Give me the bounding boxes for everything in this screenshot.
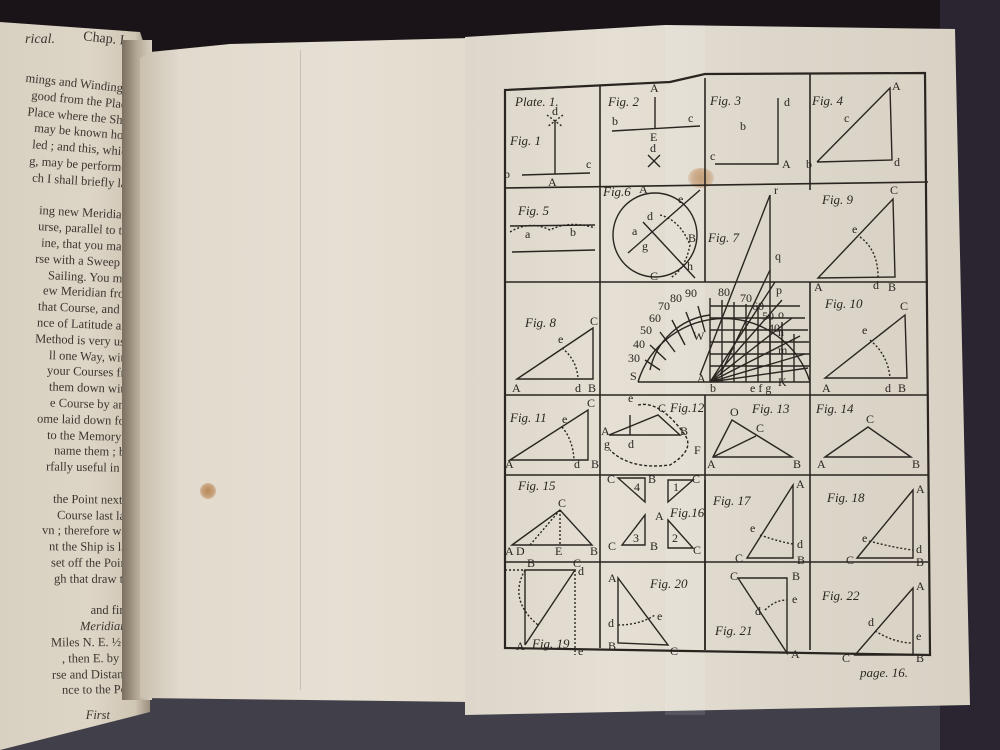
plate-figures-drawing: Plate. 1. Fig. 1 dbAc Fig. 2 AbEcd Fig. … [500, 70, 932, 662]
svg-text:c: c [844, 111, 849, 125]
svg-text:g: g [642, 239, 648, 253]
svg-text:C: C [608, 539, 616, 553]
svg-text:b: b [710, 381, 716, 395]
svg-text:b: b [612, 114, 618, 128]
svg-text:C: C [693, 543, 701, 557]
svg-text:A: A [814, 280, 823, 294]
svg-text:Fig. 8: Fig. 8 [524, 315, 557, 330]
svg-text:Fig. 17: Fig. 17 [712, 493, 751, 508]
svg-text:B: B [888, 280, 896, 294]
svg-text:c: c [688, 111, 693, 125]
svg-text:d: d [797, 537, 803, 551]
svg-text:m: m [778, 343, 788, 357]
svg-text:A: A [817, 457, 826, 471]
svg-text:Fig.6: Fig.6 [602, 184, 631, 199]
svg-text:A: A [608, 571, 617, 585]
svg-text:B: B [680, 424, 688, 438]
svg-text:C: C [587, 396, 595, 410]
svg-text:d: d [552, 104, 558, 118]
svg-text:a: a [632, 224, 638, 238]
svg-text:p: p [776, 283, 782, 297]
svg-text:e: e [792, 592, 797, 606]
svg-text:B: B [688, 231, 696, 245]
svg-text:A: A [916, 482, 925, 496]
svg-text:e: e [678, 192, 683, 206]
svg-text:c: c [710, 149, 715, 163]
svg-text:Fig.12: Fig.12 [669, 400, 705, 415]
svg-text:C: C [650, 269, 658, 283]
fold-crease [300, 50, 301, 690]
svg-text:C: C [670, 644, 678, 658]
svg-text:B: B [912, 457, 920, 471]
svg-text:A: A [650, 81, 659, 95]
svg-text:d: d [608, 616, 614, 630]
page-reference: page. 16. [860, 665, 908, 681]
svg-text:b: b [740, 119, 746, 133]
svg-text:Fig. 14: Fig. 14 [815, 401, 854, 416]
svg-text:d: d [755, 604, 761, 618]
svg-text:h: h [687, 259, 693, 273]
svg-text:g: g [604, 437, 610, 451]
svg-text:B: B [590, 544, 598, 558]
svg-text:e: e [628, 391, 633, 405]
svg-text:B: B [588, 381, 596, 395]
svg-text:80: 80 [718, 285, 730, 299]
svg-text:C: C [607, 472, 615, 486]
svg-text:a: a [525, 227, 531, 241]
svg-text:Fig. 4: Fig. 4 [811, 93, 844, 108]
svg-text:3: 3 [633, 531, 639, 545]
svg-text:Fig. 21: Fig. 21 [714, 623, 753, 638]
svg-text:e: e [916, 629, 921, 643]
svg-text:90: 90 [685, 286, 697, 300]
blank-page [140, 38, 470, 702]
svg-text:F: F [694, 443, 701, 457]
svg-text:70: 70 [740, 291, 752, 305]
svg-text:B: B [591, 457, 599, 471]
svg-text:A: A [782, 157, 791, 171]
svg-text:Fig. 22: Fig. 22 [821, 588, 860, 603]
svg-text:c: c [586, 157, 591, 171]
svg-text:e: e [578, 644, 583, 658]
svg-text:A: A [697, 371, 706, 385]
svg-text:W: W [693, 329, 705, 343]
svg-text:e: e [862, 531, 867, 545]
svg-text:d: d [873, 278, 879, 292]
svg-text:C: C [692, 472, 700, 486]
svg-text:S: S [630, 369, 637, 383]
svg-text:C: C [846, 553, 854, 567]
svg-text:Fig. 13: Fig. 13 [751, 401, 790, 416]
svg-text:d: d [647, 209, 653, 223]
svg-text:d: d [574, 457, 580, 471]
svg-text:C: C [866, 412, 874, 426]
svg-text:A: A [655, 509, 664, 523]
svg-text:b: b [504, 167, 510, 181]
svg-text:A: A [707, 457, 716, 471]
svg-text:80: 80 [670, 291, 682, 305]
svg-text:Fig. 3: Fig. 3 [709, 93, 742, 108]
svg-text:Fig. 7: Fig. 7 [707, 230, 740, 245]
svg-text:e: e [852, 222, 857, 236]
svg-text:A: A [892, 79, 901, 93]
svg-text:E: E [555, 544, 562, 558]
svg-text:4: 4 [634, 480, 640, 494]
svg-text:B: B [916, 555, 924, 569]
svg-text:A: A [601, 424, 610, 438]
svg-text:B: B [650, 539, 658, 553]
svg-text:B: B [797, 553, 805, 567]
svg-text:C: C [890, 183, 898, 197]
svg-text:C: C [730, 569, 738, 583]
svg-text:A: A [548, 175, 557, 189]
svg-text:A D: A D [505, 544, 525, 558]
svg-text:Fig. 18: Fig. 18 [826, 490, 865, 505]
svg-text:B: B [792, 569, 800, 583]
svg-text:b: b [806, 157, 812, 171]
svg-text:40: 40 [633, 337, 645, 351]
svg-text:d: d [894, 155, 900, 169]
svg-text:e: e [862, 323, 867, 337]
svg-text:2: 2 [672, 531, 678, 545]
running-head-left: rical. [25, 32, 55, 48]
svg-text:Fig. 1: Fig. 1 [509, 133, 541, 148]
svg-text:Fig. 5: Fig. 5 [517, 203, 550, 218]
svg-text:e f g: e f g [750, 381, 771, 395]
svg-text:d: d [575, 381, 581, 395]
svg-text:B: B [916, 651, 924, 662]
svg-text:d: d [650, 141, 656, 155]
svg-text:Fig. 10: Fig. 10 [824, 296, 863, 311]
svg-text:A: A [791, 647, 800, 661]
svg-text:C: C [658, 401, 666, 415]
foxing-stain [200, 483, 216, 499]
svg-text:1: 1 [673, 480, 679, 494]
svg-text:e: e [562, 412, 567, 426]
engraved-plate: Plate. 1. Fig. 1 dbAc Fig. 2 AbEcd Fig. … [500, 70, 932, 662]
left-page-text-line: Method is very use- [35, 331, 135, 350]
svg-text:40: 40 [768, 321, 780, 335]
svg-text:e: e [750, 521, 755, 535]
svg-text:Fig. 19: Fig. 19 [531, 636, 570, 651]
svg-text:A: A [639, 182, 648, 196]
svg-text:C: C [590, 314, 598, 328]
svg-text:C: C [900, 299, 908, 313]
svg-text:d: d [784, 95, 790, 109]
svg-text:d: d [578, 564, 584, 578]
svg-text:Fig. 2: Fig. 2 [607, 94, 640, 109]
svg-text:A: A [516, 639, 525, 653]
photo-scene: rical. Chap. I. mings and Windings)good … [0, 0, 1000, 750]
svg-text:O: O [730, 405, 739, 419]
svg-text:C: C [735, 551, 743, 565]
svg-text:o: o [778, 307, 784, 321]
svg-text:Fig. 15: Fig. 15 [517, 478, 556, 493]
svg-text:30: 30 [628, 351, 640, 365]
left-page-text-line: ome laid down four [37, 411, 136, 428]
svg-text:C: C [842, 651, 850, 662]
svg-text:Fig. 11: Fig. 11 [509, 410, 547, 425]
svg-text:Fig.16: Fig.16 [669, 505, 705, 520]
svg-text:A: A [822, 381, 831, 395]
svg-text:Fig. 20: Fig. 20 [649, 576, 688, 591]
svg-text:B: B [898, 381, 906, 395]
svg-text:d: d [868, 615, 874, 629]
svg-text:A: A [512, 381, 521, 395]
svg-text:d: d [916, 542, 922, 556]
svg-text:C: C [756, 421, 764, 435]
svg-text:K: K [778, 375, 787, 389]
svg-text:C: C [558, 496, 566, 510]
svg-text:d: d [885, 381, 891, 395]
svg-text:50: 50 [640, 323, 652, 337]
svg-text:r: r [774, 183, 778, 197]
svg-text:Fig. 9: Fig. 9 [821, 192, 854, 207]
svg-text:A: A [916, 579, 925, 593]
svg-text:B: B [648, 472, 656, 486]
svg-text:e: e [558, 332, 563, 346]
svg-text:b: b [570, 225, 576, 239]
svg-text:d: d [628, 437, 634, 451]
svg-text:q: q [775, 249, 781, 263]
svg-text:A: A [796, 477, 805, 491]
svg-text:A: A [505, 457, 514, 471]
svg-text:e: e [657, 609, 662, 623]
svg-text:B: B [608, 639, 616, 653]
catchword: First [86, 708, 110, 723]
svg-text:B: B [527, 556, 535, 570]
svg-text:B: B [793, 457, 801, 471]
